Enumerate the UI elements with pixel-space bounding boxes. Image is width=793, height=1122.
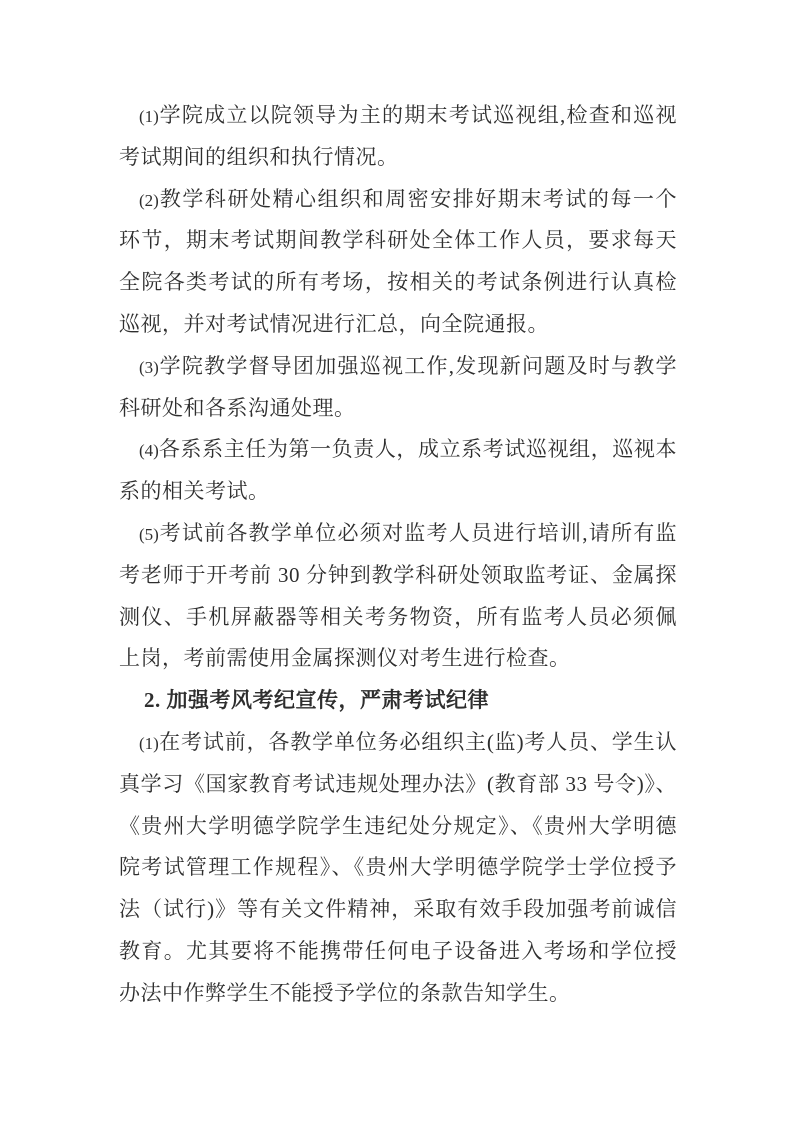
text-line: 院考试管理工作规程》、《贵州大学明德学院学士学位授予办	[119, 847, 677, 889]
paragraph: (1)在考试前，各教学单位务必组织主(监)考人员、学生认 真学习《国家教育考试违…	[119, 722, 677, 1015]
line-text: 全院各类考试的所有考场，按相关的考试条例进行认真检查	[119, 270, 677, 304]
text-line: (1)在考试前，各教学单位务必组织主(监)考人员、学生认	[119, 722, 677, 764]
heading-text: 2. 加强考风考纪宣传，严肃考试纪律	[144, 688, 489, 712]
text-line: 教育。尤其要将不能携带任何电子设备进入考场和学位授予	[119, 931, 677, 973]
text-line: 《贵州大学明德学院学生违纪处分规定》、《贵州大学明德学	[119, 806, 677, 848]
paragraph: (4)各系系主任为第一负责人，成立系考试巡视组，巡视本 系的相关考试。	[119, 429, 677, 513]
paragraph: (2)教学科研处精心组织和周密安排好期末考试的每一个 环节，期末考试期间教学科研…	[119, 179, 677, 346]
line-text: 巡视，并对考试情况进行汇总，向全院通报。	[119, 312, 549, 336]
list-marker: (5)	[139, 525, 159, 544]
text-line: 办法中作弊学生不能授予学位的条款告知学生。	[119, 973, 677, 1015]
line-text: 在考试前，各教学单位务必组织主(监)考人员、学生认	[159, 730, 677, 754]
text-line: 测仪、手机屏蔽器等相关考务物资，所有监考人员必须佩证	[119, 597, 677, 639]
line-text: 学院教学督导团加强巡视工作,发现新问题及时与教学	[159, 354, 677, 378]
line-text: 考试前各教学单位必须对监考人员进行培训,请所有监	[159, 521, 677, 545]
line-text: 测仪、手机屏蔽器等相关考务物资，所有监考人员必须佩证	[119, 605, 677, 639]
text-line: 上岗，考前需使用金属探测仪对考生进行检查。	[119, 638, 677, 680]
section-heading: 2. 加强考风考纪宣传，严肃考试纪律	[119, 680, 677, 722]
line-text: 教学科研处精心组织和周密安排好期末考试的每一个	[159, 187, 677, 211]
line-text: 办法中作弊学生不能授予学位的条款告知学生。	[119, 981, 571, 1005]
list-marker: (1)	[139, 734, 159, 753]
text-line: (4)各系系主任为第一负责人，成立系考试巡视组，巡视本	[119, 429, 677, 471]
list-marker: (4)	[139, 441, 159, 460]
text-line: 巡视，并对考试情况进行汇总，向全院通报。	[119, 304, 677, 346]
list-marker: (2)	[139, 191, 159, 210]
text-line: (2)教学科研处精心组织和周密安排好期末考试的每一个	[119, 179, 677, 221]
line-text: 科研处和各系沟通处理。	[119, 396, 356, 420]
line-text: 《贵州大学明德学院学生违纪处分规定》、《贵州大学明德学	[119, 814, 677, 848]
line-text: 真学习《国家教育考试违规处理办法》(教育部 33 号令)》、	[119, 772, 677, 796]
text-line: 法（试行)》等有关文件精神，采取有效手段加强考前诚信	[119, 889, 677, 931]
line-text: 系的相关考试。	[119, 479, 270, 503]
line-text: 院考试管理工作规程》、《贵州大学明德学院学士学位授予办	[119, 855, 677, 889]
list-marker: (1)	[139, 107, 159, 126]
text-line: 科研处和各系沟通处理。	[119, 388, 677, 430]
text-line: 考老师于开考前 30 分钟到教学科研处领取监考证、金属探	[119, 555, 677, 597]
text-line: 环节，期末考试期间教学科研处全体工作人员，要求每天对	[119, 220, 677, 262]
text-line: 系的相关考试。	[119, 471, 677, 513]
text-block: (1)学院成立以院领导为主的期末考试巡视组,检查和巡视 考试期间的组织和执行情况…	[119, 95, 677, 1015]
line-text: 教育。尤其要将不能携带任何电子设备进入考场和学位授予	[119, 939, 677, 973]
line-text: 法（试行)》等有关文件精神，采取有效手段加强考前诚信	[119, 897, 677, 921]
list-marker: (3)	[139, 358, 159, 377]
text-line: (5)考试前各教学单位必须对监考人员进行培训,请所有监	[119, 513, 677, 555]
line-text: 学院成立以院领导为主的期末考试巡视组,检查和巡视	[159, 103, 677, 127]
heading-line: 2. 加强考风考纪宣传，严肃考试纪律	[119, 680, 677, 722]
paragraph: (3)学院教学督导团加强巡视工作,发现新问题及时与教学 科研处和各系沟通处理。	[119, 346, 677, 430]
text-line: (1)学院成立以院领导为主的期末考试巡视组,检查和巡视	[119, 95, 677, 137]
document-page: (1)学院成立以院领导为主的期末考试巡视组,检查和巡视 考试期间的组织和执行情况…	[0, 0, 793, 1122]
text-line: 全院各类考试的所有考场，按相关的考试条例进行认真检查	[119, 262, 677, 304]
paragraph: (1)学院成立以院领导为主的期末考试巡视组,检查和巡视 考试期间的组织和执行情况…	[119, 95, 677, 179]
text-line: 考试期间的组织和执行情况。	[119, 137, 677, 179]
line-text: 考老师于开考前 30 分钟到教学科研处领取监考证、金属探	[119, 563, 677, 587]
line-text: 环节，期末考试期间教学科研处全体工作人员，要求每天对	[119, 228, 677, 262]
text-line: (3)学院教学督导团加强巡视工作,发现新问题及时与教学	[119, 346, 677, 388]
line-text: 考试期间的组织和执行情况。	[119, 145, 399, 169]
line-text: 上岗，考前需使用金属探测仪对考生进行检查。	[119, 646, 571, 670]
paragraph: (5)考试前各教学单位必须对监考人员进行培训,请所有监 考老师于开考前 30 分…	[119, 513, 677, 680]
text-line: 真学习《国家教育考试违规处理办法》(教育部 33 号令)》、	[119, 764, 677, 806]
line-text: 各系系主任为第一负责人，成立系考试巡视组，巡视本	[159, 437, 677, 461]
